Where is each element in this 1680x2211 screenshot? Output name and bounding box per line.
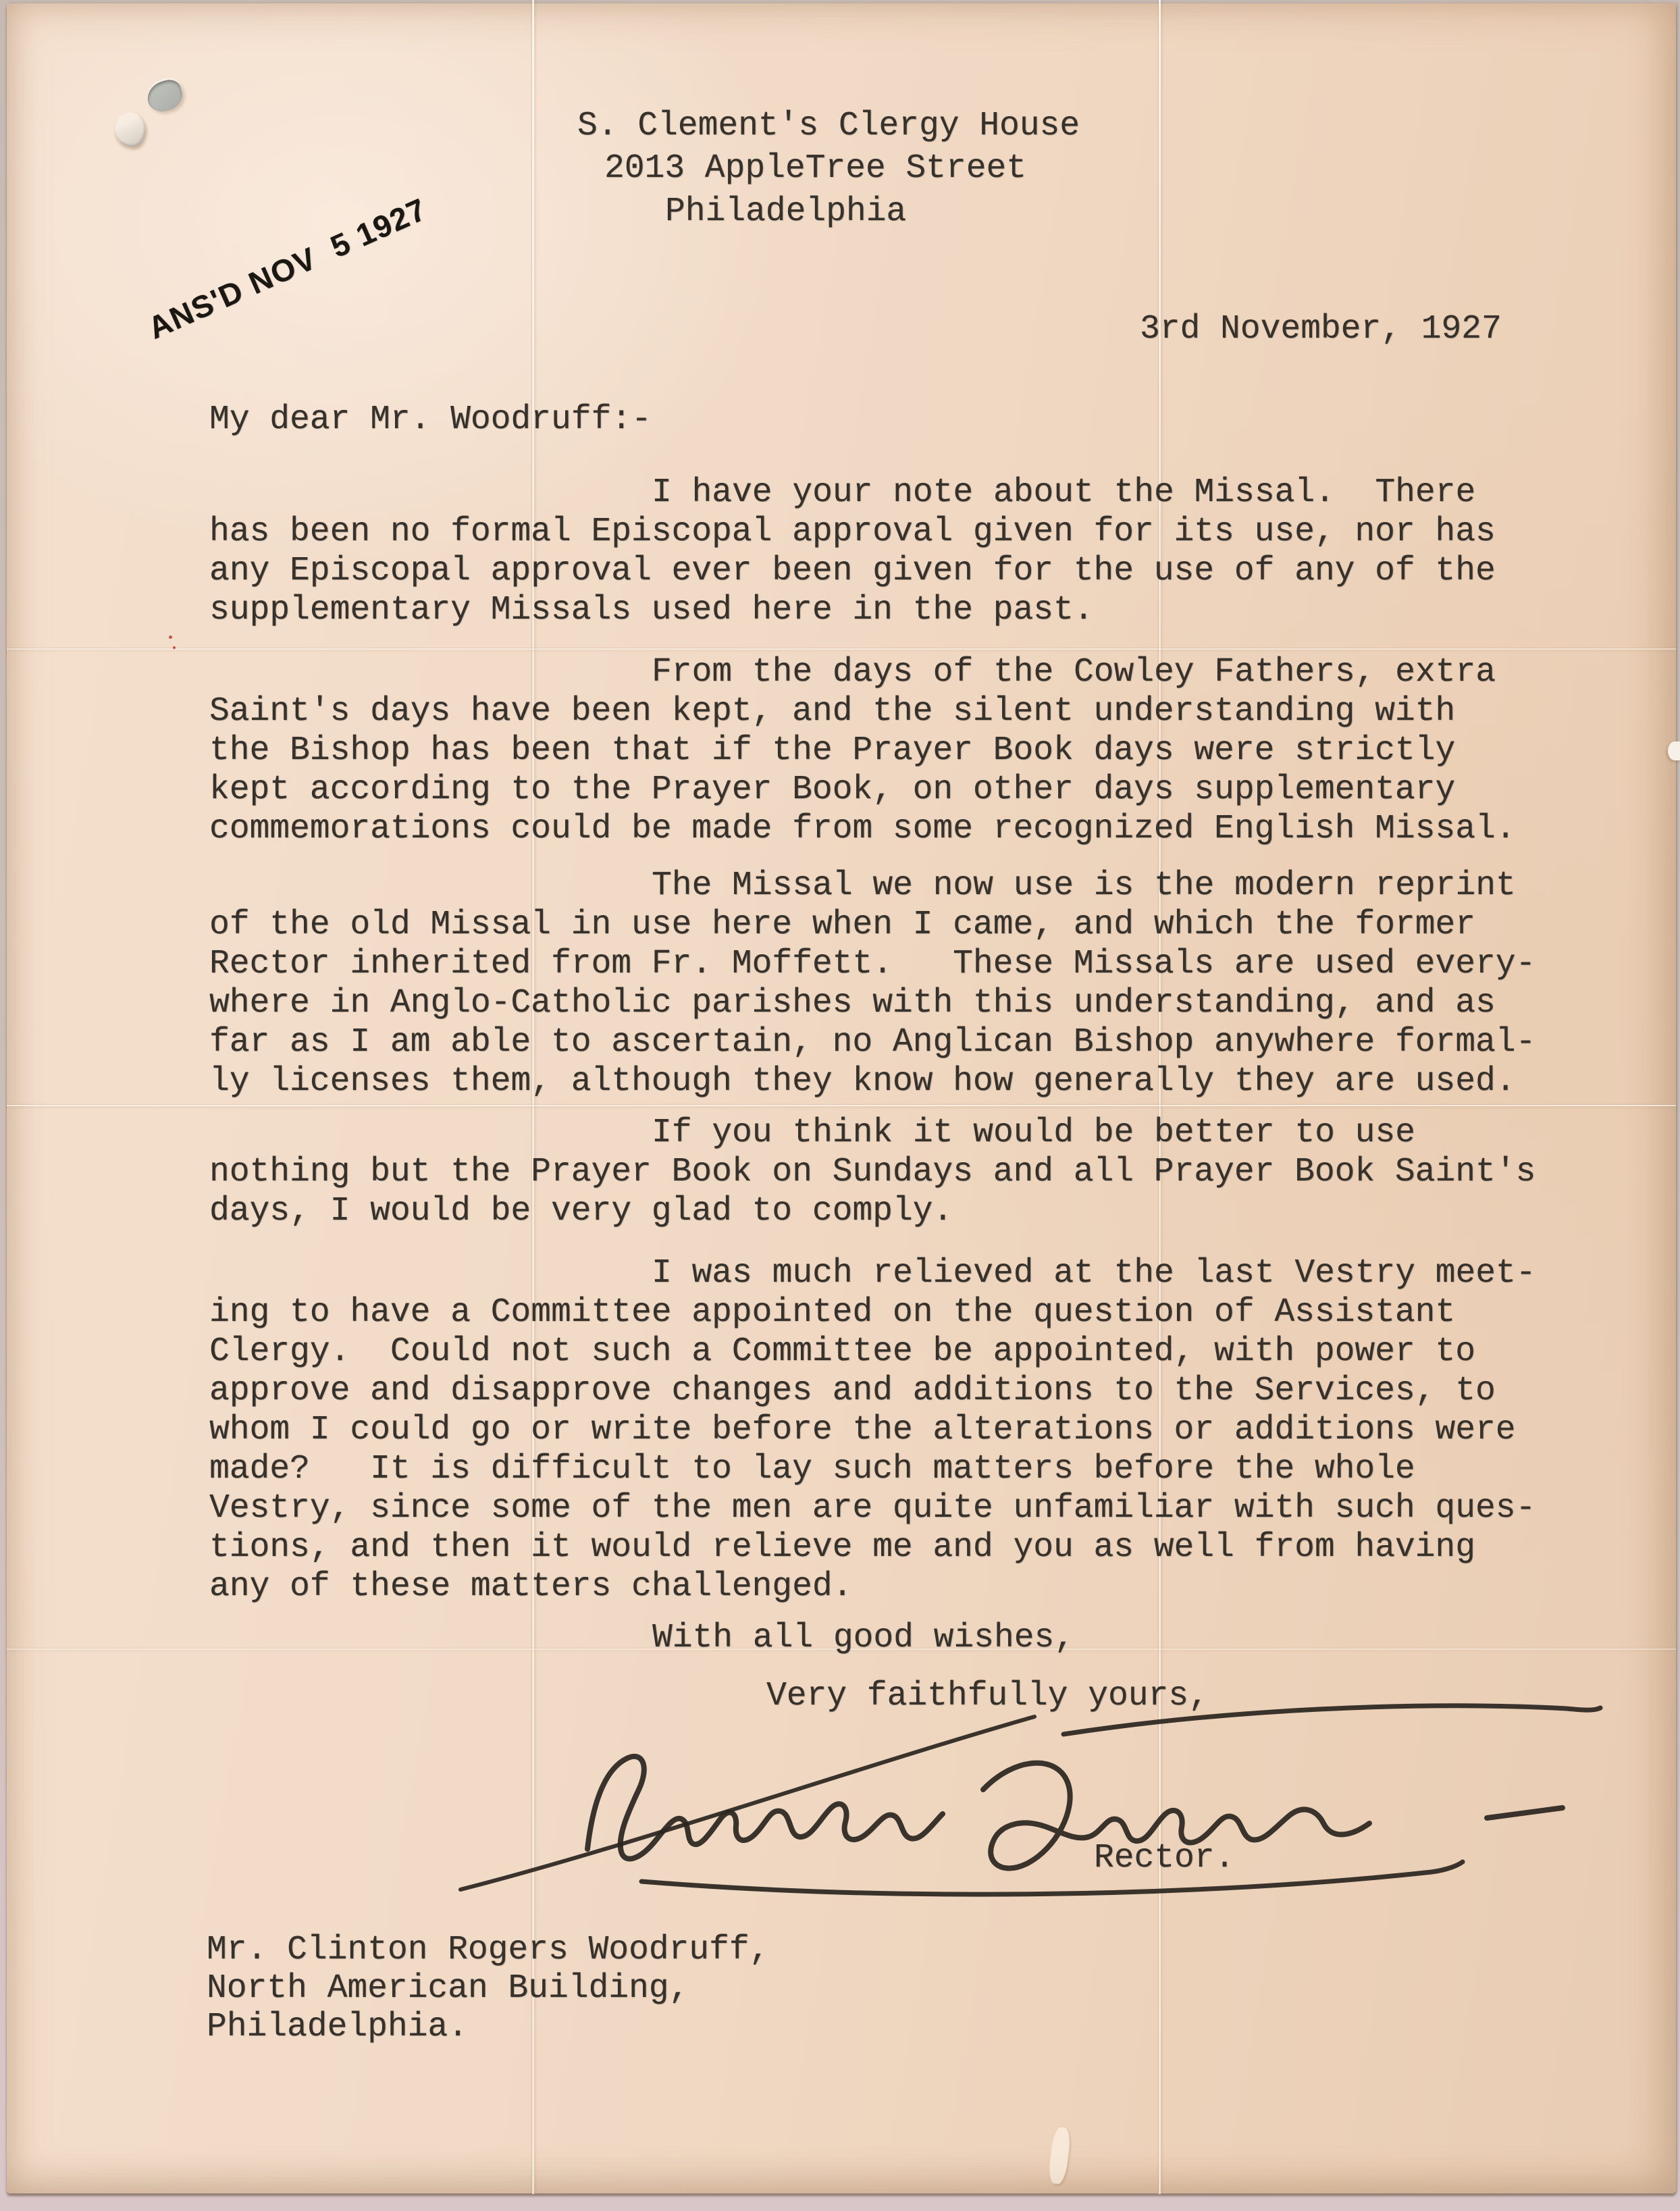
letter-paragraph-2: From the days of the Cowley Fathers, ext… <box>209 652 1580 848</box>
letterhead-org-name: S. Clement's Clergy House <box>577 106 1080 145</box>
letter-paragraph-5: I was much relieved at the last Vestry m… <box>209 1253 1580 1606</box>
recipient-city: Philadelphia. <box>207 2007 468 2046</box>
fold-crease-horizontal-top <box>7 648 1676 650</box>
letter-paragraph-3: The Missal we now use is the modern repr… <box>209 866 1580 1101</box>
ink-speck-2 <box>173 646 176 649</box>
letter-paragraph-1: I have your note about the Missal. There… <box>209 473 1580 629</box>
recipient-building: North American Building, <box>207 1969 689 2008</box>
handwritten-signature <box>419 1675 1621 1904</box>
letterhead-street: 2013 AppleTree Street <box>604 149 1026 188</box>
recipient-name: Mr. Clinton Rogers Woodruff, <box>207 1930 769 1969</box>
letter-paragraph-4: If you think it would be better to use n… <box>209 1113 1580 1230</box>
fold-crease-horizontal-middle <box>7 1105 1676 1106</box>
scan-background: S. Clement's Clergy House 2013 AppleTree… <box>0 0 1680 2211</box>
closing-wishes: With all good wishes, <box>652 1618 1074 1657</box>
signer-title: Rector. <box>1094 1838 1234 1877</box>
letterhead-city: Philadelphia <box>665 192 906 231</box>
ink-speck-1 <box>169 635 172 639</box>
salutation: My dear Mr. Woodruff:- <box>209 400 652 439</box>
paper-notch-right-edge <box>1668 742 1680 760</box>
date-line: 3rd November, 1927 <box>1140 309 1502 348</box>
